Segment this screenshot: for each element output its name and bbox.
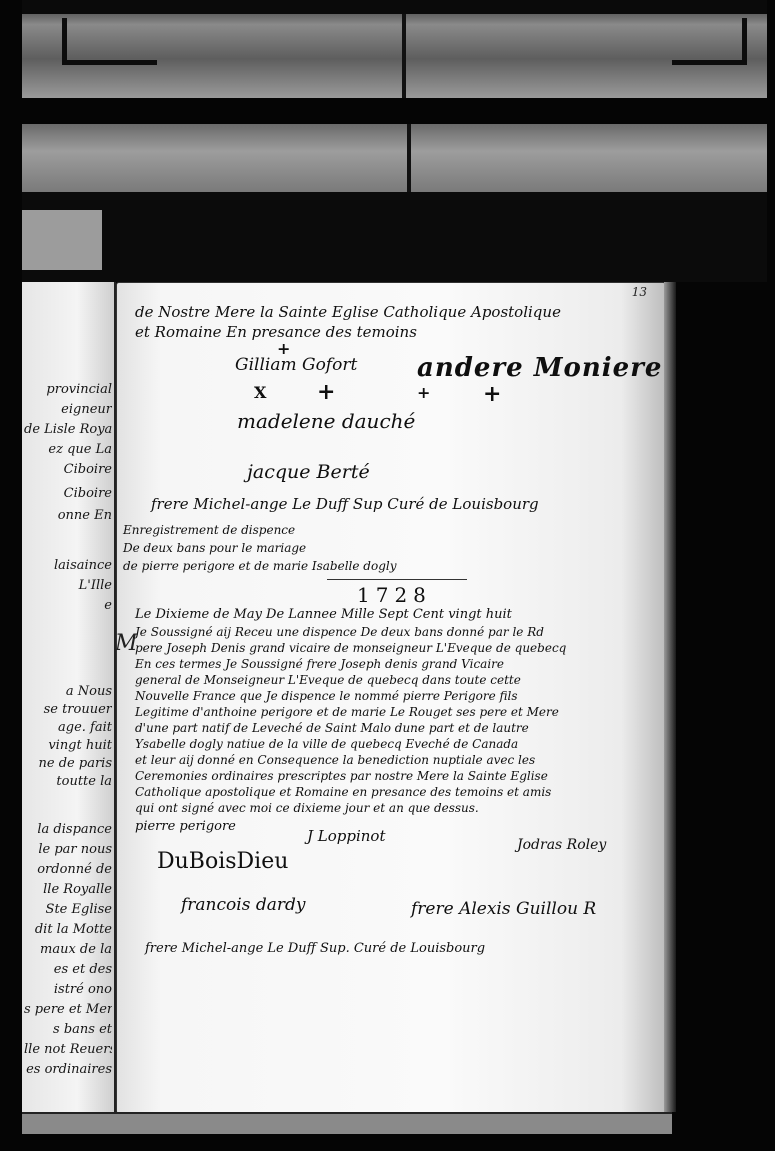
signature: frere Michel-ange Le Duff Sup. Curé de L… xyxy=(145,941,485,956)
frame-bracket-left xyxy=(62,18,157,65)
body-line: En ces termes Je Soussigné frere Joseph … xyxy=(135,657,504,671)
left-line: a Nous xyxy=(24,684,112,699)
entry-year: 1728 xyxy=(357,583,432,607)
body-line: pere Joseph Denis grand vicaire de monse… xyxy=(135,641,566,655)
book-shadow xyxy=(22,192,767,282)
body-line: Le Dixieme de May De Lannee Mille Sept C… xyxy=(135,607,512,622)
signature: Jodras Roley xyxy=(517,837,606,853)
book-bottom-edge xyxy=(22,1112,672,1134)
left-line: Ciboire xyxy=(24,462,112,477)
left-line: de Lisle Royalle xyxy=(24,422,112,437)
left-line: dit la Motte xyxy=(24,922,112,937)
left-line: le par nous xyxy=(24,842,112,857)
left-line: lle not Reuers xyxy=(24,1042,112,1057)
frame-bar xyxy=(22,0,767,14)
signature: J Loppinot xyxy=(307,827,386,845)
left-line: laisaince xyxy=(24,558,112,573)
left-line: age. fait xyxy=(24,720,112,735)
left-line: ez que La xyxy=(24,442,112,457)
frame-divider xyxy=(402,14,406,98)
cross-mark: + xyxy=(483,381,501,407)
witness-signature: andere Moniere xyxy=(417,353,662,383)
left-line: Ciboire xyxy=(24,486,112,501)
register-page: 13 de Nostre Mere la Sainte Eglise Catho… xyxy=(116,282,666,1114)
underline xyxy=(327,579,467,580)
cross-mark: + xyxy=(417,383,430,402)
left-line: s pere et Mere xyxy=(24,1002,112,1017)
body-line: Ceremonies ordinaires prescriptes par no… xyxy=(135,769,548,783)
left-line: onne En xyxy=(24,508,112,523)
microfilm-frame-top xyxy=(22,0,767,98)
cross-mark: + xyxy=(317,379,335,405)
body-line: Je Soussigné aij Receu une dispence De d… xyxy=(135,625,544,639)
body-line: d'une part natif de Leveché de Saint Mal… xyxy=(135,721,529,735)
page-tab xyxy=(22,210,102,270)
left-line: L'Ille xyxy=(24,578,112,593)
left-line: es et des xyxy=(24,962,112,977)
left-line: istré ono xyxy=(24,982,112,997)
x-mark: X xyxy=(254,383,266,402)
witness-signature: jacque Berté xyxy=(247,461,370,483)
witness-signature: Gilliam Gofort xyxy=(235,355,357,375)
left-line: ordonné de xyxy=(24,862,112,877)
page-number: 13 xyxy=(632,285,647,299)
body-line: Catholique apostolique et Romaine en pre… xyxy=(135,785,551,799)
left-line: maux de la xyxy=(24,942,112,957)
frame-bracket-right xyxy=(672,18,747,65)
left-line: provincial xyxy=(24,382,112,397)
body-line: qui ont signé avec moi ce dixieme jour e… xyxy=(135,801,479,815)
frame-divider xyxy=(407,124,411,192)
left-line: la dispance xyxy=(24,822,112,837)
body-line: general de Monseigneur L'Eveque de quebe… xyxy=(135,673,521,687)
left-page-fragment: provincial eigneur de Lisle Royalle ez q… xyxy=(22,282,116,1112)
left-line: es ordinaires xyxy=(24,1062,112,1077)
left-line: eigneur xyxy=(24,402,112,417)
left-line: s bans et xyxy=(24,1022,112,1037)
left-line: se trouuer xyxy=(24,702,112,717)
signature: DuBoisDieu xyxy=(157,849,288,874)
margin-title-line: De deux bans pour le mariage xyxy=(123,541,306,555)
margin-title-line: Enregistrement de dispence xyxy=(123,523,295,537)
body-line: Legitime d'anthoine perigore et de marie… xyxy=(135,705,559,719)
left-line: lle Royalle xyxy=(24,882,112,897)
signature: pierre perigore xyxy=(135,819,236,834)
signature: francois dardy xyxy=(181,895,305,915)
body-line: Ysabelle dogly natiue de la ville de que… xyxy=(135,737,518,751)
witness-signature: madelene dauché xyxy=(237,409,415,433)
officiant-signature: frere Michel-ange Le Duff Sup Curé de Lo… xyxy=(151,495,539,513)
margin-title-line: de pierre perigore et de marie Isabelle … xyxy=(123,559,397,573)
page-edge xyxy=(664,282,676,1112)
text-line: de Nostre Mere la Sainte Eglise Catholiq… xyxy=(135,303,561,321)
left-line: toutte la xyxy=(24,774,112,789)
signature: frere Alexis Guillou R xyxy=(411,899,596,919)
left-line: e xyxy=(24,598,112,613)
microfilm-frame-middle xyxy=(22,124,767,192)
body-line: et leur aij donné en Consequence la bene… xyxy=(135,753,535,767)
left-line: vingt huit xyxy=(24,738,112,753)
text-line: et Romaine En presance des temoins xyxy=(135,323,417,341)
body-line: Nouvelle France que Je dispence le nommé… xyxy=(135,689,518,703)
left-line: ne de paris xyxy=(24,756,112,771)
left-line: Ste Eglise xyxy=(24,902,112,917)
